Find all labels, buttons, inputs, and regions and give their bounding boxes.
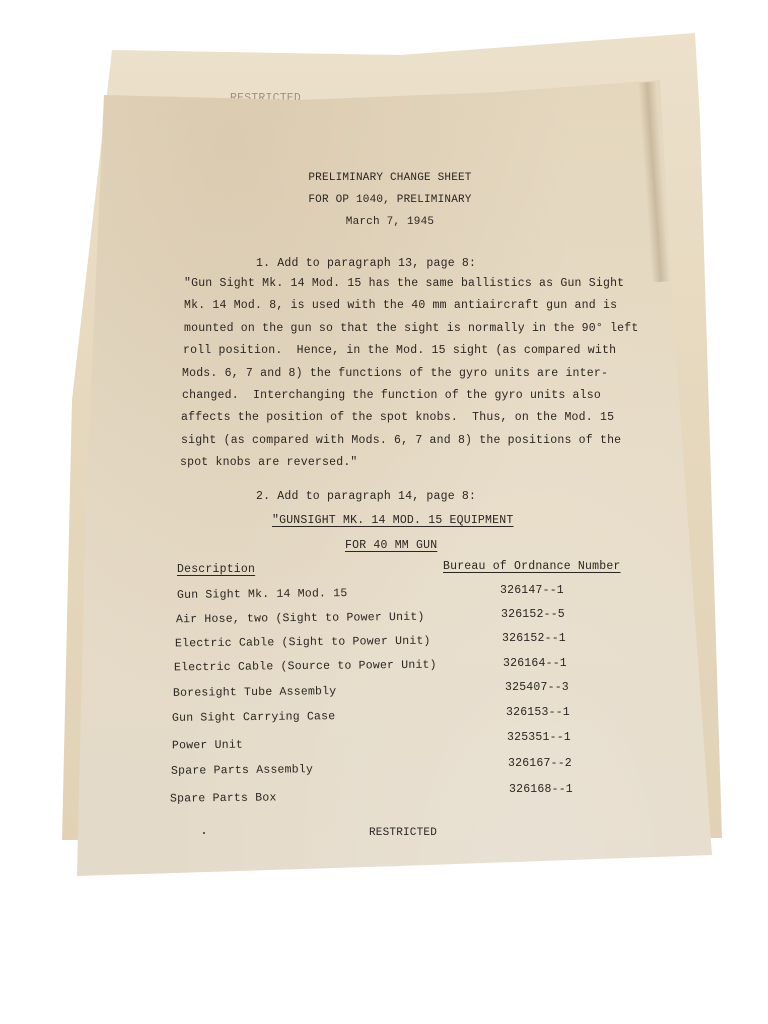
item2-heading: 2. Add to paragraph 14, page 8:: [256, 490, 476, 503]
equipment-table-subtitle: FOR 40 MM GUN: [345, 539, 437, 552]
row-description: Gun Sight Mk. 14 Mod. 15: [177, 587, 348, 602]
item1-paragraph-line: "Gun Sight Mk. 14 Mod. 15 has the same b…: [184, 277, 624, 290]
doc-date: March 7, 1945: [0, 216, 768, 228]
row-ordnance-number: 326167--2: [508, 757, 572, 770]
row-description: Boresight Tube Assembly: [173, 685, 336, 700]
row-description: Power Unit: [172, 739, 243, 753]
item1-paragraph-line: Mk. 14 Mod. 8, is used with the 40 mm an…: [184, 299, 617, 312]
row-ordnance-number: 325407--3: [505, 681, 569, 694]
item1-paragraph-line: spot knobs are reversed.": [180, 456, 358, 469]
item1-paragraph-line: changed. Interchanging the function of t…: [182, 389, 601, 402]
item1-paragraph-line: Mods. 6, 7 and 8) the functions of the g…: [182, 367, 608, 380]
row-description: Air Hose, two (Sight to Power Unit): [176, 611, 425, 627]
column-header-description: Description: [177, 563, 255, 576]
ink-speck: [203, 832, 205, 834]
row-description: Electric Cable (Source to Power Unit): [174, 659, 437, 675]
row-ordnance-number: 326152--5: [501, 608, 565, 621]
equipment-table-title: "GUNSIGHT MK. 14 MOD. 15 EQUIPMENT: [272, 514, 513, 527]
row-ordnance-number: 326147--1: [500, 584, 564, 597]
doc-title-line-1: PRELIMINARY CHANGE SHEET: [0, 172, 768, 184]
footer-restricted: RESTRICTED: [369, 827, 437, 839]
row-ordnance-number: 326152--1: [502, 632, 566, 645]
item1-paragraph-line: sight (as compared with Mods. 6, 7 and 8…: [181, 434, 621, 447]
item1-paragraph-line: mounted on the gun so that the sight is …: [184, 322, 638, 335]
item1-paragraph-line: affects the position of the spot knobs. …: [181, 411, 614, 424]
item1-paragraph-line: roll position. Hence, in the Mod. 15 sig…: [183, 344, 616, 357]
doc-title-line-2: FOR OP 1040, PRELIMINARY: [0, 194, 768, 206]
item1-heading: 1. Add to paragraph 13, page 8:: [256, 257, 476, 270]
row-ordnance-number: 326153--1: [506, 706, 570, 719]
row-description: Spare Parts Box: [170, 791, 277, 805]
row-ordnance-number: 326168--1: [509, 783, 573, 796]
row-ordnance-number: 325351--1: [507, 731, 571, 744]
row-description: Spare Parts Assembly: [171, 763, 313, 777]
column-header-ordnance-number: Bureau of Ordnance Number: [443, 560, 621, 573]
row-description: Gun Sight Carrying Case: [172, 710, 335, 725]
row-ordnance-number: 326164--1: [503, 657, 567, 670]
row-description: Electric Cable (Sight to Power Unit): [175, 635, 431, 651]
